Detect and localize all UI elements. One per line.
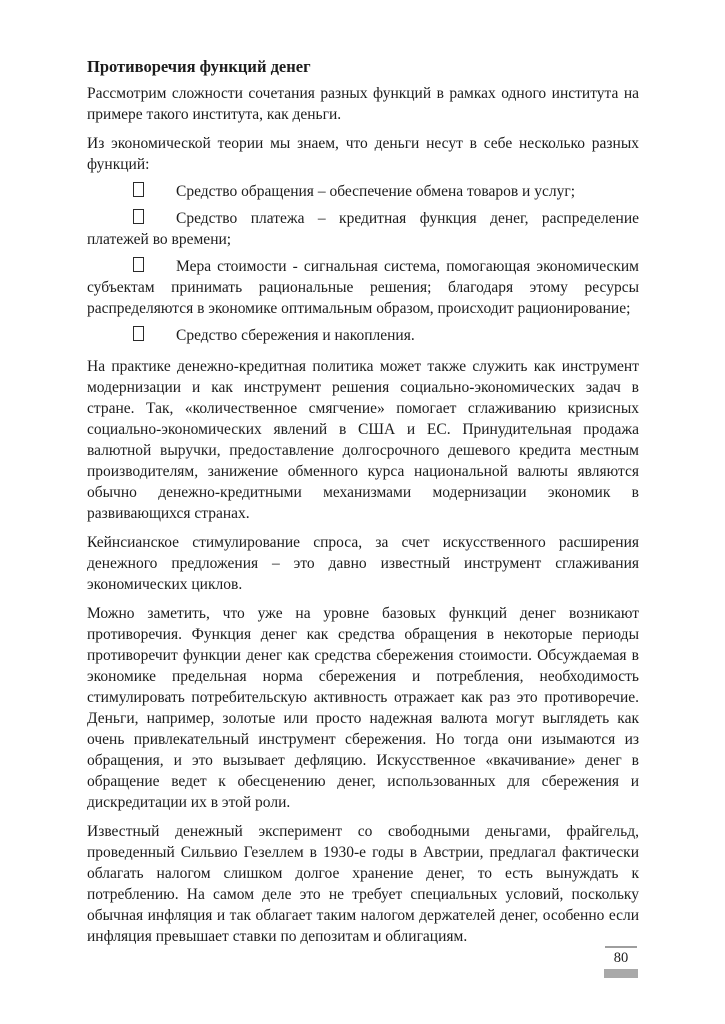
paragraph: Из экономической теории мы знаем, что де…	[87, 133, 639, 175]
bullet-item: Средство платежа – кредитная функция ден…	[87, 208, 639, 250]
bullet-item-text: Средство платежа – кредитная функция ден…	[87, 210, 639, 248]
bullet-item-text: Мера стоимости - сигнальная система, пом…	[87, 258, 639, 317]
bullet-item: Мера стоимости - сигнальная система, пом…	[87, 256, 639, 319]
footer-bar	[604, 969, 638, 978]
paragraph: Известный денежный эксперимент со свобод…	[87, 821, 639, 947]
bullet-square-icon	[133, 326, 144, 341]
paragraph: На практике денежно-кредитная политика м…	[87, 356, 639, 524]
page-number: 80	[604, 949, 638, 968]
paragraph: Можно заметить, что уже на уровне базовы…	[87, 603, 639, 813]
bullet-square-icon	[133, 209, 144, 224]
document-page: Противоречия функций денег Рассмотрим сл…	[0, 0, 725, 1024]
paragraph: Кейнсианское стимулирование спроса, за с…	[87, 532, 639, 595]
bullet-square-icon	[133, 182, 144, 197]
footer-rule	[605, 946, 637, 948]
text-column: Противоречия функций денег Рассмотрим сл…	[87, 56, 639, 955]
bullet-square-icon	[133, 257, 144, 272]
paragraph: Рассмотрим сложности сочетания разных фу…	[87, 83, 639, 125]
bullet-item: Средство сбережения и накопления.	[87, 325, 639, 346]
section-heading: Противоречия функций денег	[87, 56, 639, 78]
page-footer: 80	[604, 946, 638, 978]
bullet-item-text: Средство сбережения и накопления.	[176, 327, 415, 344]
bullet-item-text: Средство обращения – обеспечение обмена …	[176, 183, 575, 200]
bullet-item: Средство обращения – обеспечение обмена …	[87, 181, 639, 202]
